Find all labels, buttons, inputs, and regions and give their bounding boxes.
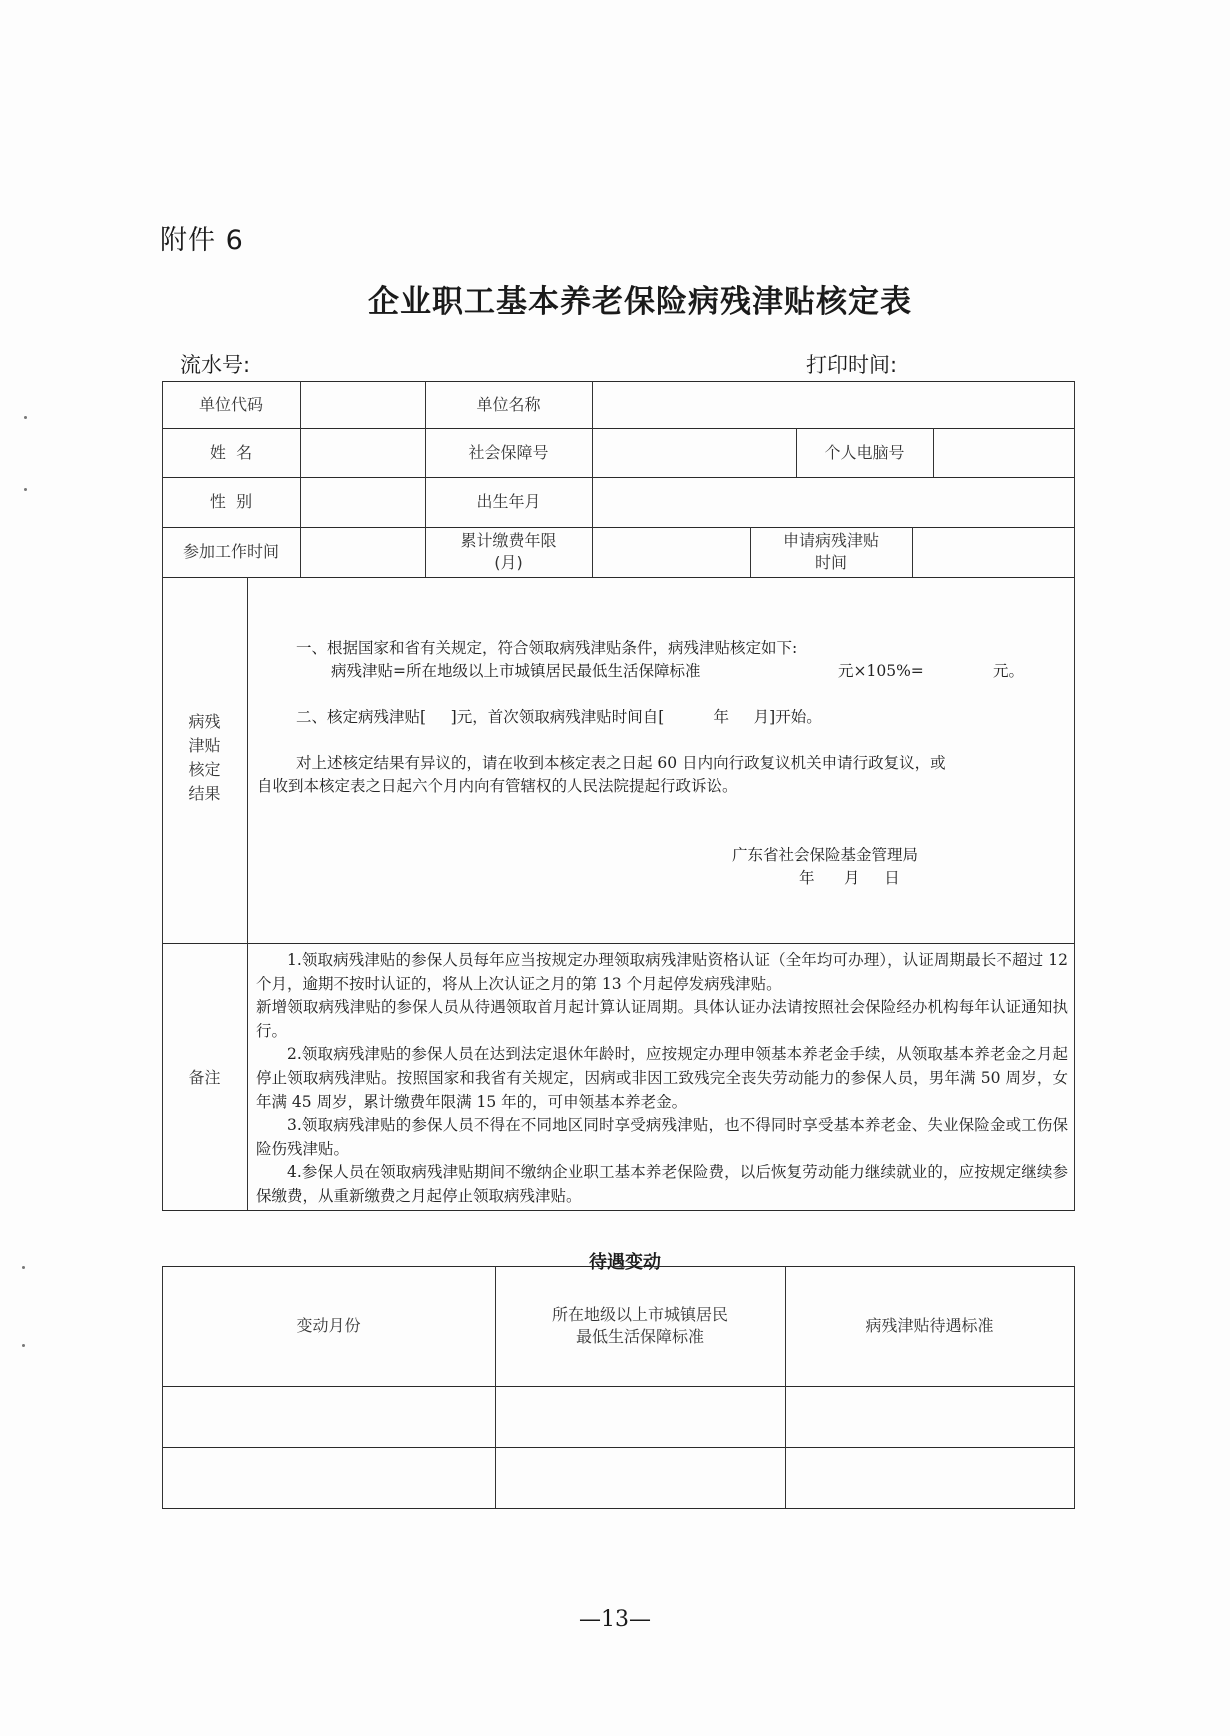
table-cell[interactable] bbox=[162, 1447, 495, 1508]
remark-item-3: 3.领取病残津贴的参保人员不得在不同地区同时享受病残津贴，也不得同时享受基本养老… bbox=[256, 1114, 1068, 1161]
remark-item-1: 1.领取病残津贴的参保人员每年应当按规定办理领取病残津贴资格认证（全年均可办理）… bbox=[256, 949, 1068, 996]
scan-speck bbox=[24, 488, 27, 491]
appeal-notice-line-1: 对上述核定结果有异议的，请在收到本核定表之日起 60 日内向行政复议机关申请行政… bbox=[296, 752, 946, 775]
table-cell[interactable] bbox=[785, 1447, 1074, 1508]
apply-time-field[interactable] bbox=[912, 527, 1074, 577]
serial-number-label: 流水号: bbox=[180, 349, 250, 379]
unit-code-label: 单位代码 bbox=[162, 381, 300, 428]
contribution-months-label-line2: (月) bbox=[494, 552, 523, 574]
column-header-allowance-standard: 病残津贴待遇标准 bbox=[785, 1266, 1074, 1386]
table-cell[interactable] bbox=[785, 1386, 1074, 1447]
remarks-content: 1.领取病残津贴的参保人员每年应当按规定办理领取病残津贴资格认证（全年均可办理）… bbox=[256, 949, 1068, 1209]
birth-date-label: 出生年月 bbox=[425, 477, 592, 527]
social-security-number-label: 社会保障号 bbox=[425, 428, 592, 477]
name-field[interactable] bbox=[300, 428, 425, 477]
assessment-result-label-line: 津贴 bbox=[162, 734, 247, 758]
result-item-1-end: 元。 bbox=[993, 660, 1024, 683]
result-item-1-line-1: 一、根据国家和省有关规定，符合领取病残津贴条件，病残津贴核定如下: bbox=[296, 637, 797, 660]
result-item-1-rate: 元×105%= bbox=[838, 660, 924, 683]
scan-speck bbox=[24, 416, 27, 419]
gender-field[interactable] bbox=[300, 477, 425, 527]
remark-item-1-continued: 新增领取病残津贴的参保人员从待遇领取首月起计算认证周期。具体认证办法请按照社会保… bbox=[256, 996, 1068, 1043]
work-start-date-label: 参加工作时间 bbox=[162, 527, 300, 577]
unit-name-label: 单位名称 bbox=[425, 381, 592, 428]
unit-name-field[interactable] bbox=[592, 381, 1074, 428]
contribution-months-label: 累计缴费年限 (月) bbox=[425, 527, 592, 577]
issue-date: 年 月 日 bbox=[799, 867, 900, 890]
column-header-line: 所在地级以上市城镇居民 bbox=[552, 1304, 728, 1326]
page-number: —13— bbox=[0, 1607, 1230, 1632]
name-label: 姓 名 bbox=[162, 428, 300, 477]
scan-speck bbox=[22, 1344, 25, 1347]
personal-pc-number-field[interactable] bbox=[933, 428, 1074, 477]
apply-time-label: 申请病残津贴 时间 bbox=[750, 527, 912, 577]
column-header-line: 最低生活保障标准 bbox=[576, 1326, 704, 1348]
result-item-1-line-2: 病残津贴=所在地级以上市城镇居民最低生活保障标准 bbox=[331, 660, 701, 683]
remarks-label: 备注 bbox=[162, 1066, 247, 1090]
contribution-months-label-line1: 累计缴费年限 bbox=[460, 530, 556, 552]
result-item-2: 二、核定病残津贴[ ]元，首次领取病残津贴时间自[ 年 月]开始。 bbox=[296, 706, 822, 729]
assessment-result-label-line: 核定 bbox=[162, 758, 247, 782]
table-cell[interactable] bbox=[162, 1386, 495, 1447]
table-cell[interactable] bbox=[495, 1447, 785, 1508]
birth-date-field[interactable] bbox=[592, 477, 1074, 527]
remark-item-2: 2.领取病残津贴的参保人员在达到法定退休年龄时，应按规定办理申领基本养老金手续，… bbox=[256, 1043, 1068, 1114]
page-title: 企业职工基本养老保险病残津贴核定表 bbox=[0, 276, 1230, 321]
social-security-number-field[interactable] bbox=[592, 428, 796, 477]
personal-pc-number-label: 个人电脑号 bbox=[796, 428, 933, 477]
unit-code-field[interactable] bbox=[300, 381, 425, 428]
assessment-result-label-line: 病残 bbox=[162, 710, 247, 734]
table-cell[interactable] bbox=[495, 1386, 785, 1447]
column-header-minimum-living-standard: 所在地级以上市城镇居民 最低生活保障标准 bbox=[495, 1266, 785, 1386]
work-start-date-field[interactable] bbox=[300, 527, 425, 577]
appeal-notice-line-2: 自收到本核定表之日起六个月内向有管辖权的人民法院提起行政诉讼。 bbox=[257, 775, 738, 798]
apply-time-label-line1: 申请病残津贴 bbox=[783, 530, 879, 552]
remark-item-4: 4.参保人员在领取病残津贴期间不缴纳企业职工基本养老保险费，以后恢复劳动能力继续… bbox=[256, 1161, 1068, 1208]
column-header-change-month: 变动月份 bbox=[162, 1266, 495, 1386]
apply-time-label-line2: 时间 bbox=[815, 552, 847, 574]
print-time-label: 打印时间: bbox=[806, 349, 897, 379]
attachment-label: 附件 6 bbox=[160, 218, 244, 257]
assessment-result-label-line: 结果 bbox=[162, 782, 247, 806]
gender-label: 性 别 bbox=[162, 477, 300, 527]
issuing-authority: 广东省社会保险基金管理局 bbox=[732, 844, 918, 867]
assessment-result-label: 病残 津贴 核定 结果 bbox=[162, 710, 247, 806]
contribution-months-field[interactable] bbox=[592, 527, 750, 577]
